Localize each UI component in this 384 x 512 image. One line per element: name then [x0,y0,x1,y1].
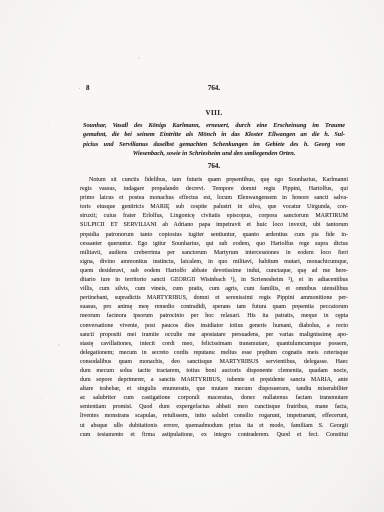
body-line: toris eiusque genitricis MARIĘ sub cespi… [80,203,348,212]
body-line: pertinebant, supradictis MARTYRIBUS, dom… [80,294,348,303]
charter-number-heading: 764. [80,162,348,170]
body-line: ut absque ullo dubitationis errore, quem… [80,422,348,431]
body-line: pręsidia patronorum tanto copiosius iugi… [80,231,348,240]
body-line: dum sopore deprimerer, a sanctis MARTYRI… [80,376,348,385]
summary-line: Sounhar, Vasall des Königs Karlmann, ern… [83,121,345,130]
body-line: ditario iure in territorio sancti GEORGI… [80,276,348,285]
body-line: ac salubriter cum castigatione corporali… [80,394,348,403]
body-line: liventes monstrans scapulas, retulissem,… [80,412,348,421]
summary-line: gemahnt, die bei seinem Eintritte als Mö… [83,130,345,139]
body-line: suasus, pro animę meę remedio contradidi… [80,303,348,312]
body-line: quem desideravi, sub eodem Hariolfo abba… [80,267,348,276]
body-line: consodalibus quam monachis, deo sanctisq… [80,358,348,367]
body-line: SULPICII ET SERVILIANI ab Adriano papa i… [80,221,348,230]
scanned-page: 8 764. VIII. Sounhar, Vasall des Königs … [0,0,384,512]
page-header: 8 764. [80,84,348,94]
body-line: villis, cum silvis, cum vineis, cum prat… [80,285,348,294]
body-line: primo laicus et postea monachus effectus… [80,194,348,203]
body-line: cessanter queruntur. Ego igitur Sounhari… [80,240,348,249]
charter-summary: Sounhar, Vasall des Königs Karlmann, ern… [83,121,345,158]
summary-line: Wiesenbach, sowie in Schriesheim und den… [83,149,345,158]
body-line: regis vassus, indagare propalando decrev… [80,185,348,194]
body-line: cum testamento et firma astipulatione, e… [80,431,348,440]
body-line: stasię cavillationes, iniecit cordi meo,… [80,340,348,349]
body-line: dum mecum solus tacite tractarem, totius… [80,367,348,376]
body-line: conversatione vivente, post paucos dies … [80,322,348,331]
body-line: meorum facinora ipsorum patrocinio per h… [80,312,348,321]
charter-body: Notum sit cunctis fidelibus, tam futuris… [80,176,348,440]
body-line: struxit; cuius frater Erlolfus, Lingonic… [80,212,348,221]
body-line: militavit, audiens creberrima per sancto… [80,249,348,258]
body-line: altare trahebar, et singulis enumeratis,… [80,385,348,394]
summary-line: picius und Servilianus daselbst gemachte… [83,140,345,149]
running-charter-number: 764. [80,84,348,92]
body-line: delegationem; mecum in secreto cordis re… [80,349,348,358]
body-line: sancti propositi mei tramite occulte me … [80,331,348,340]
section-numeral: VIII. [80,109,348,117]
body-line: signa, divino ammonitus instinctu, laica… [80,258,348,267]
body-line: sententiam promisi. Quod dum expergefact… [80,403,348,412]
body-line: Notum sit cunctis fidelibus, tam futuris… [80,176,348,185]
